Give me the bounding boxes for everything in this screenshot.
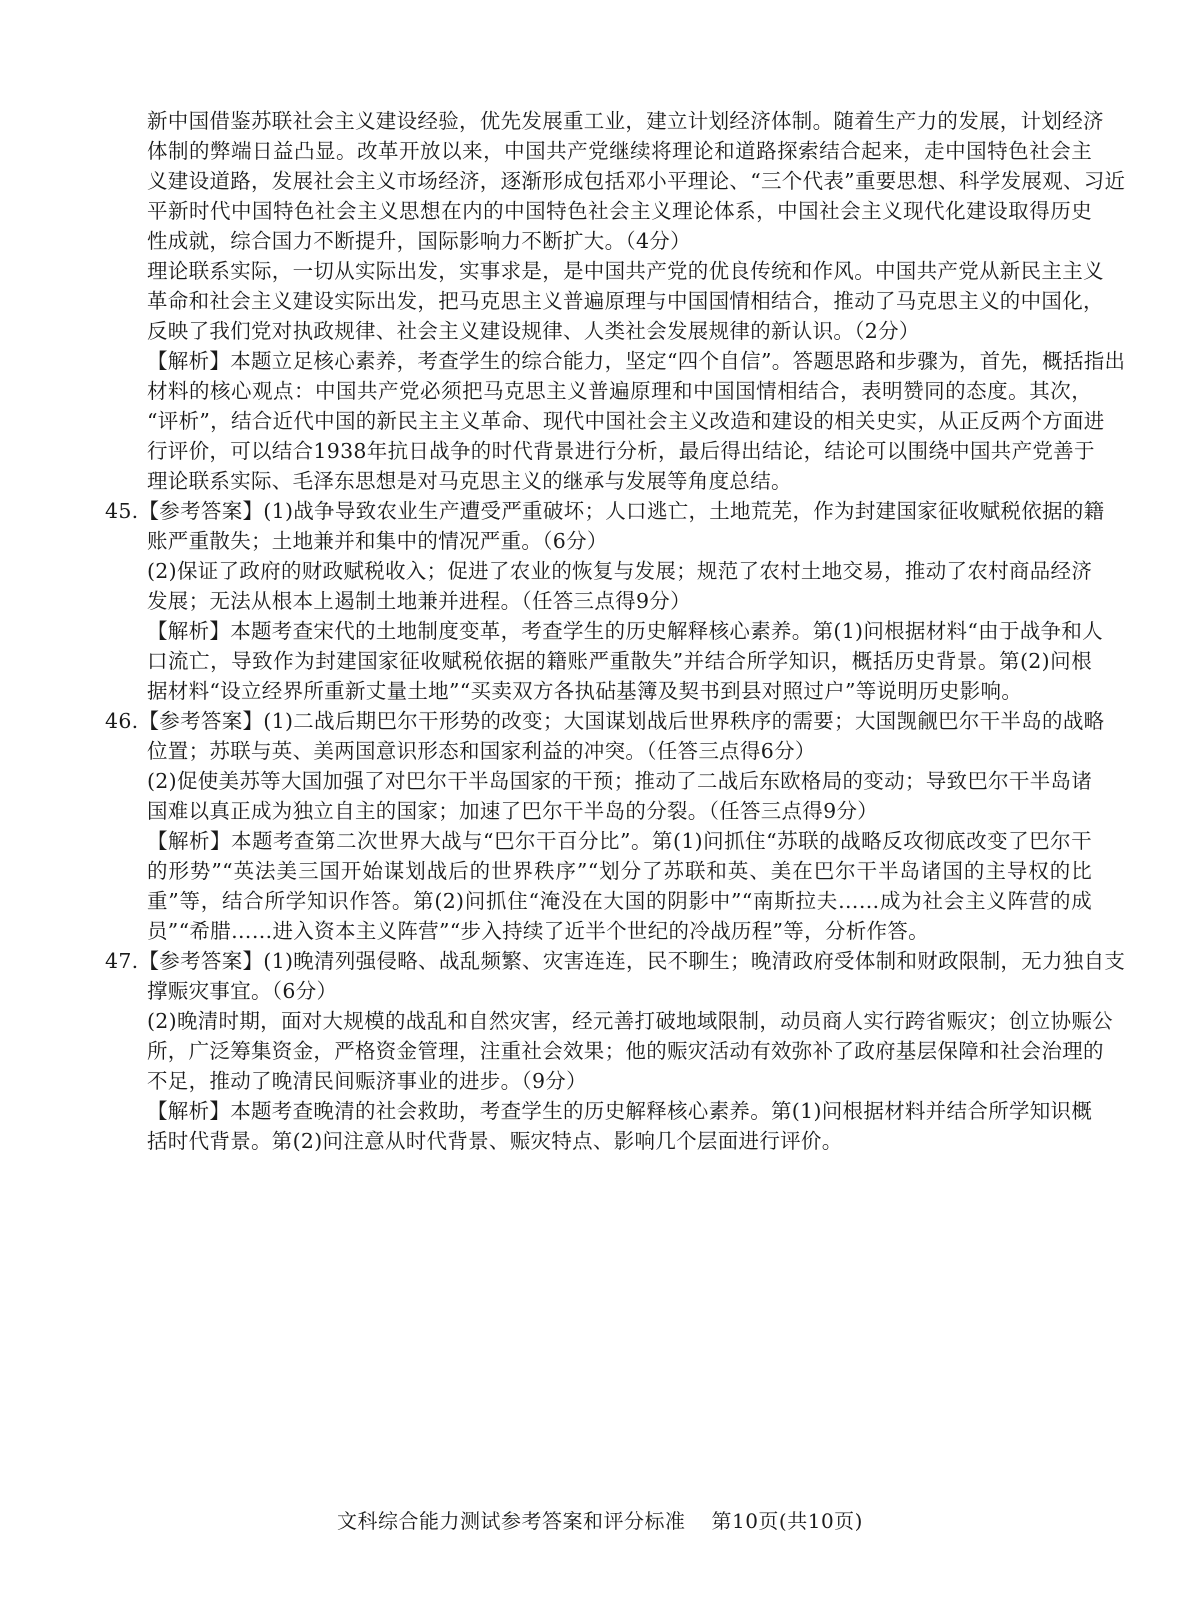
- text-line: 国难以真正成为独立自主的国家；加速了巴尔干半岛的分裂。（任答三点得9分）: [147, 796, 1092, 826]
- reference-answer-part-2: (2)晚清时期，面对大规模的战乱和自然灾害，经元善打破地域限制，动员商人实行跨省…: [147, 1006, 1092, 1096]
- text-line: (2)保证了政府的财政赋税收入；促进了农业的恢复与发展；规范了农村土地交易，推动…: [147, 556, 1092, 586]
- text-line: 体制的弊端日益凸显。改革开放以来，中国共产党继续将理论和道路探索结合起来，走中国…: [147, 136, 1092, 166]
- text-line: 据材料“设立经界所重新丈量土地”“买卖双方各执砧基簿及契书到县对照过户”等说明历…: [147, 676, 1092, 706]
- text-line: 【解析】本题考查宋代的土地制度变革，考查学生的历史解释核心素养。第(1)问根据材…: [147, 616, 1092, 646]
- text-line: 材料的核心观点：中国共产党必须把马克思主义普遍原理和中国国情相结合，表明赞同的态…: [147, 376, 1092, 406]
- text-line: 撑赈灾事宜。（6分）: [147, 976, 1092, 1006]
- text-line: 46.【参考答案】(1)二战后期巴尔干形势的改变；大国谋划战后世界秩序的需要；大…: [105, 706, 1092, 736]
- question-46: 46.【参考答案】(1)二战后期巴尔干形势的改变；大国谋划战后世界秩序的需要；大…: [147, 706, 1092, 946]
- document-page: 新中国借鉴苏联社会主义建设经验，优先发展重工业，建立计划经济体制。随着生产力的发…: [0, 0, 1200, 1600]
- text-line: 义建设道路，发展社会主义市场经济，逐渐形成包括邓小平理论、“三个代表”重要思想、…: [147, 166, 1092, 196]
- text-line: (2)促使美苏等大国加强了对巴尔干半岛国家的干预；推动了二战后东欧格局的变动；导…: [147, 766, 1092, 796]
- reference-answer-part-2: (2)促使美苏等大国加强了对巴尔干半岛国家的干预；推动了二战后东欧格局的变动；导…: [147, 766, 1092, 826]
- question-47: 47.【参考答案】(1)晚清列强侵略、战乱频繁、灾害连连，民不聊生；晚清政府受体…: [147, 946, 1092, 1156]
- text-line: (2)晚清时期，面对大规模的战乱和自然灾害，经元善打破地域限制，动员商人实行跨省…: [147, 1006, 1092, 1036]
- answer-paragraph-planned-economy: 新中国借鉴苏联社会主义建设经验，优先发展重工业，建立计划经济体制。随着生产力的发…: [147, 106, 1092, 256]
- text-line: 【解析】本题考查晚清的社会救助，考查学生的历史解释核心素养。第(1)问根据材料并…: [147, 1096, 1092, 1126]
- reference-answer-part-1: 47.【参考答案】(1)晚清列强侵略、战乱频繁、灾害连连，民不聊生；晚清政府受体…: [147, 946, 1092, 1006]
- text-line: 括时代背景。第(2)问注意从时代背景、赈灾特点、影响几个层面进行评价。: [147, 1126, 1092, 1156]
- text-line: 行评价，可以结合1938年抗日战争的时代背景进行分析，最后得出结论，结论可以围绕…: [147, 436, 1092, 466]
- analysis-paragraph: 【解析】本题考查宋代的土地制度变革，考查学生的历史解释核心素养。第(1)问根据材…: [147, 616, 1092, 706]
- analysis-paragraph: 【解析】本题考查第二次世界大战与“巴尔干百分比”。第(1)问抓住“苏联的战略反攻…: [147, 826, 1092, 946]
- text-line: 的形势”“英法美三国开始谋划战后的世界秩序”“划分了苏联和英、美在巴尔干半岛诸国…: [147, 856, 1092, 886]
- analysis-paragraph: 【解析】本题考查晚清的社会救助，考查学生的历史解释核心素养。第(1)问根据材料并…: [147, 1096, 1092, 1156]
- text-line: 所，广泛筹集资金，严格资金管理，注重社会效果；他的赈灾活动有效弥补了政府基层保障…: [147, 1036, 1092, 1066]
- text-line: 发展；无法从根本上遏制土地兼并进程。（任答三点得9分）: [147, 586, 1092, 616]
- text-line: “评析”，结合近代中国的新民主主义革命、现代中国社会主义改造和建设的相关史实，从…: [147, 406, 1092, 436]
- q44-answer-continuation: 新中国借鉴苏联社会主义建设经验，优先发展重工业，建立计划经济体制。随着生产力的发…: [147, 106, 1092, 496]
- text-line: 新中国借鉴苏联社会主义建设经验，优先发展重工业，建立计划经济体制。随着生产力的发…: [147, 106, 1092, 136]
- reference-answer-part-1: 45.【参考答案】(1)战争导致农业生产遭受严重破坏；人口逃亡，土地荒芜，作为封…: [147, 496, 1092, 556]
- answer-paragraph-theory-practice: 理论联系实际，一切从实际出发，实事求是，是中国共产党的优良传统和作风。中国共产党…: [147, 256, 1092, 346]
- text-line: 45.【参考答案】(1)战争导致农业生产遭受严重破坏；人口逃亡，土地荒芜，作为封…: [105, 496, 1092, 526]
- analysis-paragraph: 【解析】本题立足核心素养，考查学生的综合能力，坚定“四个自信”。答题思路和步骤为…: [147, 346, 1092, 496]
- text-line: 理论联系实际，一切从实际出发，实事求是，是中国共产党的优良传统和作风。中国共产党…: [147, 256, 1092, 286]
- reference-answer-part-2: (2)保证了政府的财政赋税收入；促进了农业的恢复与发展；规范了农村土地交易，推动…: [147, 556, 1092, 616]
- text-line: 性成就，综合国力不断提升，国际影响力不断扩大。（4分）: [147, 226, 1092, 256]
- text-line: 口流亡，导致作为封建国家征收赋税依据的籍账严重散失”并结合所学知识，概括历史背景…: [147, 646, 1092, 676]
- reference-answer-part-1: 46.【参考答案】(1)二战后期巴尔干形势的改变；大国谋划战后世界秩序的需要；大…: [147, 706, 1092, 766]
- text-line: 不足，推动了晚清民间赈济事业的进步。（9分）: [147, 1066, 1092, 1096]
- text-line: 平新时代中国特色社会主义思想在内的中国特色社会主义理论体系，中国社会主义现代化建…: [147, 196, 1092, 226]
- text-line: 员”“希腊……进入资本主义阵营”“步入持续了近半个世纪的冷战历程”等，分析作答。: [147, 916, 1092, 946]
- answer-content: 新中国借鉴苏联社会主义建设经验，优先发展重工业，建立计划经济体制。随着生产力的发…: [147, 106, 1092, 1156]
- text-line: 反映了我们党对执政规律、社会主义建设规律、人类社会发展规律的新认识。（2分）: [147, 316, 1092, 346]
- page-footer: 文科综合能力测试参考答案和评分标准第10页(共10页): [0, 1505, 1200, 1534]
- text-line: 重”等，结合所学知识作答。第(2)问抓住“淹没在大国的阴影中”“南斯拉夫……成为…: [147, 886, 1092, 916]
- question-45: 45.【参考答案】(1)战争导致农业生产遭受严重破坏；人口逃亡，土地荒芜，作为封…: [147, 496, 1092, 706]
- text-line: 47.【参考答案】(1)晚清列强侵略、战乱频繁、灾害连连，民不聊生；晚清政府受体…: [105, 946, 1092, 976]
- text-line: 位置；苏联与英、美两国意识形态和国家利益的冲突。（任答三点得6分）: [147, 736, 1092, 766]
- text-line: 【解析】本题考查第二次世界大战与“巴尔干百分比”。第(1)问抓住“苏联的战略反攻…: [147, 826, 1092, 856]
- page-number: 第10页(共10页): [711, 1509, 863, 1533]
- footer-title: 文科综合能力测试参考答案和评分标准: [337, 1509, 686, 1533]
- text-line: 【解析】本题立足核心素养，考查学生的综合能力，坚定“四个自信”。答题思路和步骤为…: [147, 346, 1092, 376]
- text-line: 革命和社会主义建设实际出发，把马克思主义普遍原理与中国国情相结合，推动了马克思主…: [147, 286, 1092, 316]
- text-line: 账严重散失；土地兼并和集中的情况严重。（6分）: [147, 526, 1092, 556]
- text-line: 理论联系实际、毛泽东思想是对马克思主义的继承与发展等角度总结。: [147, 466, 1092, 496]
